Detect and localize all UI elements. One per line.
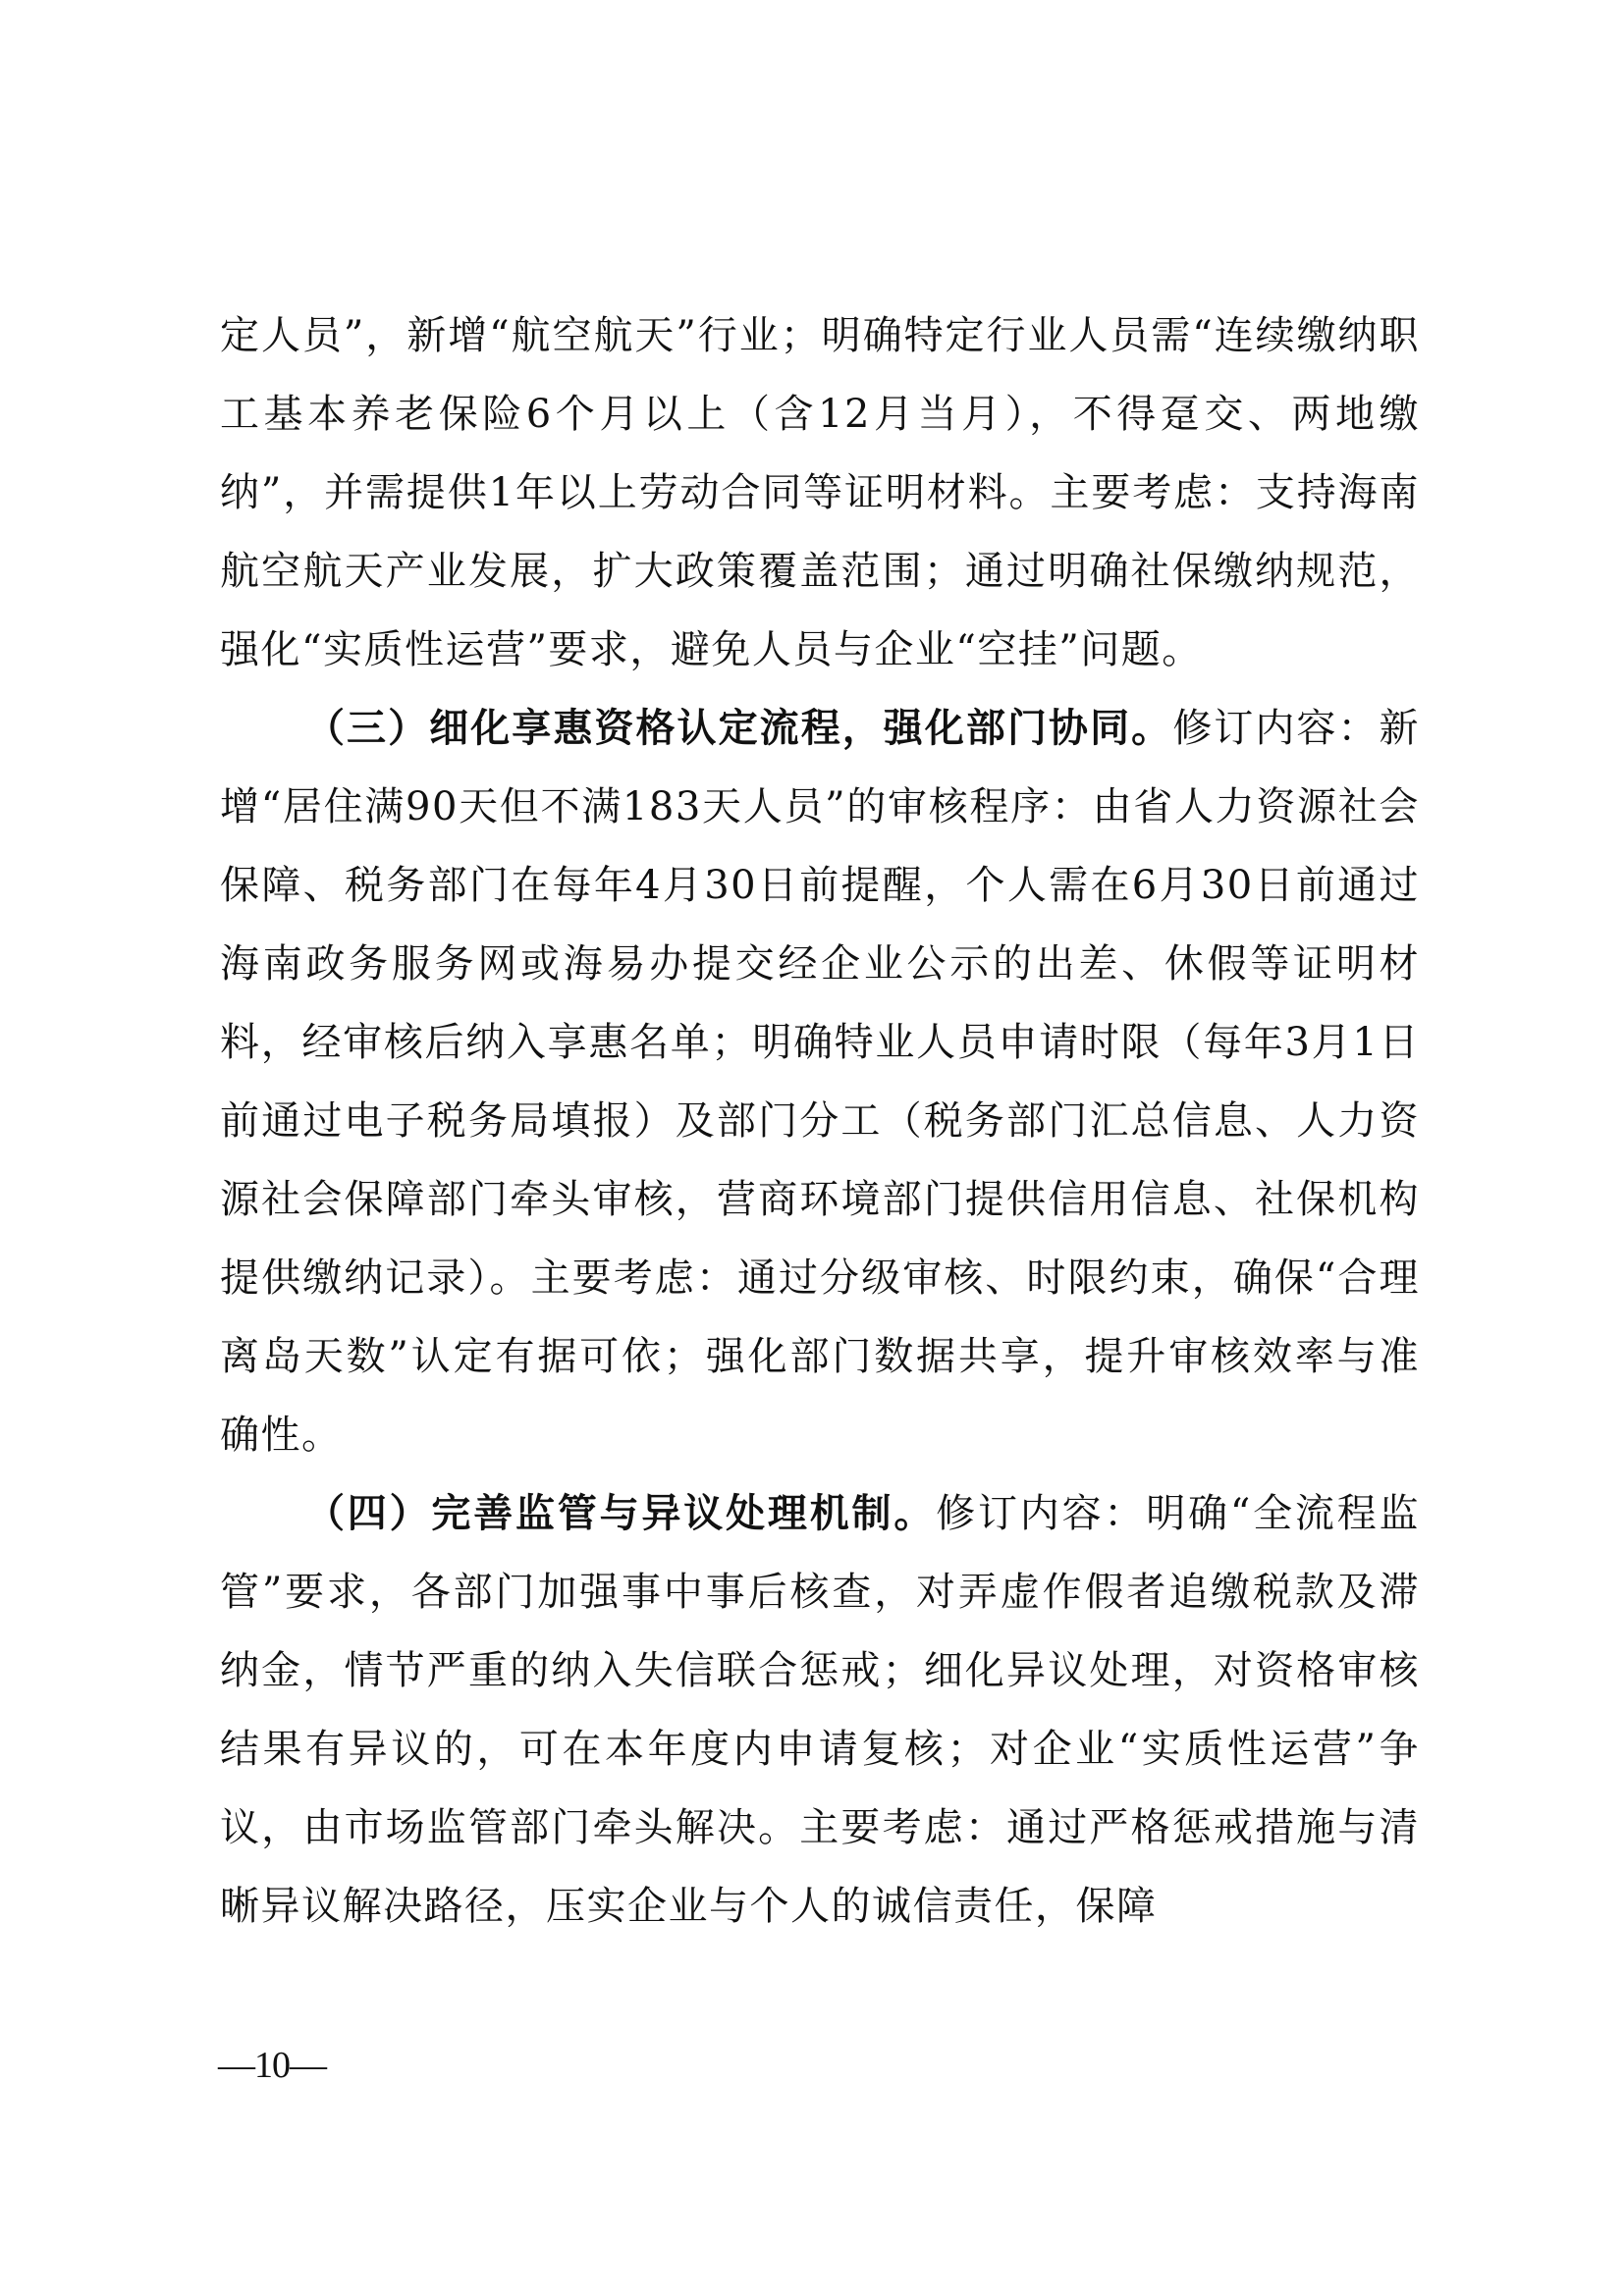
paragraph-body: 修订内容：新增“居住满90天但不满183天人员”的审核程序：由省人力资源社会保障… <box>220 706 1420 1458</box>
paragraph-section-three: （三）细化享惠资格认定流程，强化部门协同。修订内容：新增“居住满90天但不满18… <box>220 689 1420 1474</box>
paragraph-section-four: （四）完善监管与异议处理机制。修订内容：明确“全流程监管”要求，各部门加强事中事… <box>220 1474 1420 1946</box>
page-number: —10— <box>218 2044 326 2087</box>
document-body: 定人员”，新增“航空航天”行业；明确特定行业人员需“连续缴纳职工基本养老保险6个… <box>220 296 1420 1946</box>
section-heading: （三）细化享惠资格认定流程，强化部门协同。 <box>305 705 1172 751</box>
paragraph-body: 定人员”，新增“航空航天”行业；明确特定行业人员需“连续缴纳职工基本养老保险6个… <box>220 313 1420 672</box>
paragraph-body: 修订内容：明确“全流程监管”要求，各部门加强事中事后核查，对弄虚作假者追缴税款及… <box>220 1491 1420 1929</box>
document-page: 定人员”，新增“航空航天”行业；明确特定行业人员需“连续缴纳职工基本养老保险6个… <box>0 0 1624 2296</box>
section-heading: （四）完善监管与异议处理机制。 <box>305 1490 936 1536</box>
paragraph-continuation: 定人员”，新增“航空航天”行业；明确特定行业人员需“连续缴纳职工基本养老保险6个… <box>220 296 1420 689</box>
